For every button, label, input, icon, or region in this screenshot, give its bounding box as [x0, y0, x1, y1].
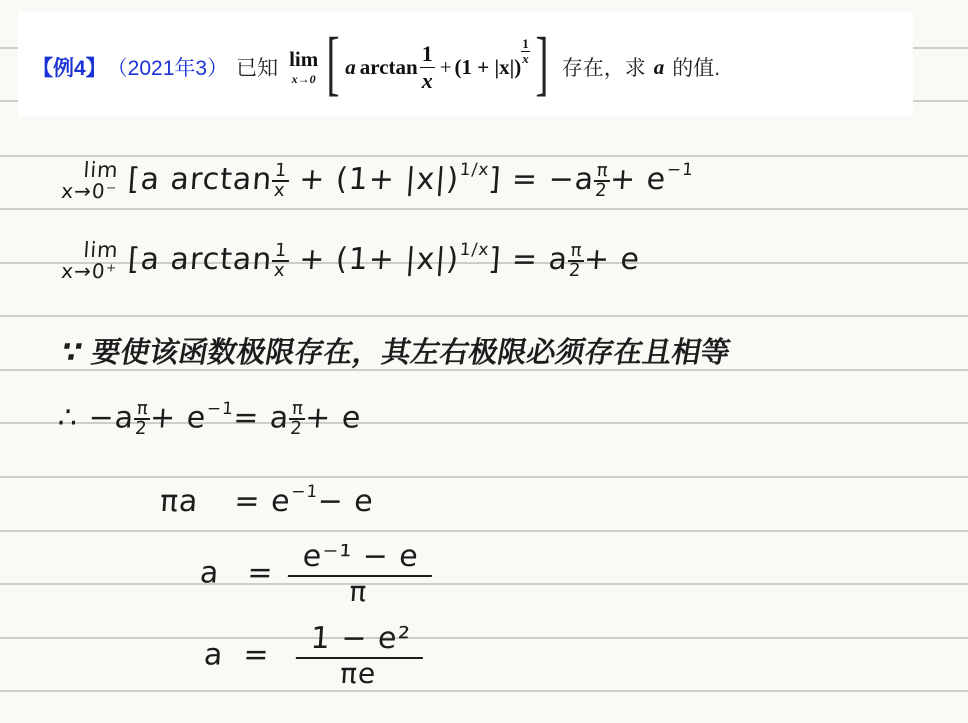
- variable-a: a: [654, 55, 665, 80]
- handwritten-right-limit: lim x→0⁺ [a arctan1x + (1+ |x|)1/x] = aπ…: [61, 240, 642, 281]
- notebook-rule: [0, 155, 968, 157]
- notebook-rule: [0, 530, 968, 532]
- suffix-text: 存在，求: [562, 52, 646, 82]
- handwritten-a-fraction-1: a=e⁻¹ − eπ: [198, 540, 434, 608]
- notebook-rule: [0, 637, 968, 639]
- handwritten-pi-a: πa= e−1− e: [159, 484, 375, 519]
- prefix-text: 已知: [236, 52, 278, 82]
- coef-a: a: [345, 55, 356, 80]
- notebook-rule: [0, 476, 968, 478]
- notebook-rule: [0, 208, 968, 210]
- paren-expression: (1 + |x|): [455, 55, 522, 80]
- problem-card: 【例4】 （2021年3） 已知 lim x→0 [ a arctan 1 x …: [18, 12, 913, 116]
- handwritten-equation: ∴ −aπ2+ e−1= aπ2+ e: [57, 400, 363, 438]
- left-bracket: [: [327, 27, 340, 99]
- notebook-rule: [0, 583, 968, 585]
- arctan-fn: arctan: [360, 55, 418, 80]
- end-text: 的值.: [672, 52, 720, 82]
- right-bracket: ]: [535, 27, 548, 99]
- limit-operator: lim x→0: [289, 49, 318, 85]
- source-label: （2021年3）: [107, 52, 228, 82]
- handwritten-reasoning: ∵ 要使该函数极限存在，其左右极限必须存在且相等: [58, 330, 734, 371]
- handwritten-a-fraction-2: a=1 − e²πe: [202, 622, 426, 690]
- problem-statement: 【例4】 （2021年3） 已知 lim x→0 [ a arctan 1 x …: [32, 42, 720, 92]
- example-tag: 【例4】: [32, 52, 107, 82]
- plus-sign: +: [440, 55, 452, 80]
- handwritten-left-limit: lim x→0⁻ [a arctan1x + (1+ |x|)1/x] = −a…: [61, 160, 695, 201]
- notebook-rule: [0, 690, 968, 692]
- fraction-1-over-x: 1 x: [420, 43, 435, 92]
- notebook-rule: [0, 315, 968, 317]
- exponent-1-over-x: 1 x: [521, 37, 530, 65]
